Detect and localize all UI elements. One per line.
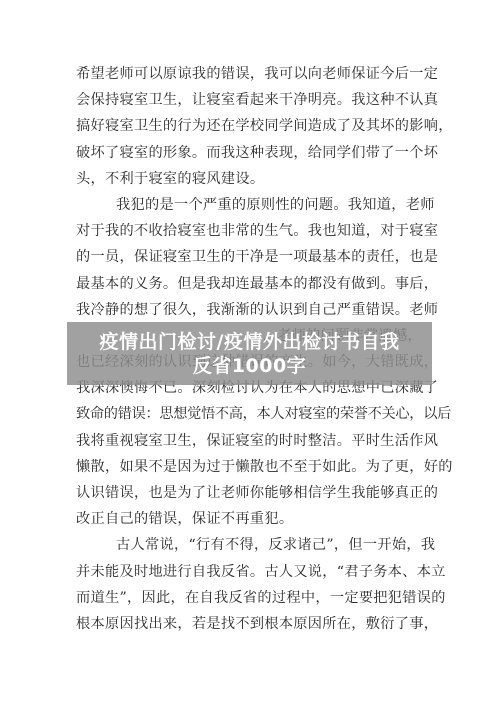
text-line: 我冷静的想了很久，我渐渐的认识到自己严重错误。老师	[76, 297, 422, 323]
title-overlay-banner: 疫情出门检讨/疫情外出检讨书自我 反省1000字	[67, 322, 432, 385]
text-line: 我将重视寝室卫生，保证寝室的时时整洁。平时生活作风	[76, 428, 422, 454]
text-line: 最基本的义务。但是我却连最基本的都没有做到。事后，	[76, 271, 422, 297]
text-line: 根本原因找出来，若是找不到根本原因所在，敷衍了事，	[76, 611, 422, 637]
overlay-title-line-1: 疫情出门检讨/疫情外出检讨书自我	[100, 330, 400, 354]
document-page: 希望老师可以原谅我的错误，我可以向老师保证今后一定 会保持寝室卫生，让寝室看起来…	[0, 0, 500, 707]
overlay-title-line-2: 反省1000字	[193, 354, 306, 378]
text-line: 搞好寝室卫生的行为还在学校同学间造成了及其坏的影响，	[76, 113, 422, 139]
text-line: 懒散，如果不是因为过于懒散也不至于如此。为了更，好的	[76, 454, 422, 480]
text-line: 而道生”，因此，在自我反省的过程中，一定要把犯错误的	[76, 585, 422, 611]
text-line: 头，不利于寝室的寝风建设。	[76, 166, 422, 192]
text-line: 认识错误，也是为了让老师你能够相信学生我能够真正的	[76, 480, 422, 506]
text-line: 会保持寝室卫生，让寝室看起来干净明亮。我这种不认真	[76, 87, 422, 113]
text-line: 并未能及时地进行自我反省。古人又说，“君子务本、本立	[76, 559, 422, 585]
text-line: 致命的错误：思想觉悟不高，本人对寝室的荣誉不关心，以后	[76, 401, 422, 427]
text-line: 破坏了寝室的形象。而我这种表现，给同学们带了一个坏	[76, 140, 422, 166]
text-line: 改正自己的错误，保证不再重犯。	[76, 506, 422, 532]
text-line: 对于我的不收拾寝室也非常的生气。我也知道，对于寝室	[76, 218, 422, 244]
paragraph-start-line: 我犯的是一个严重的原则性的问题。我知道，老师	[76, 192, 422, 218]
text-line: 希望老师可以原谅我的错误，我可以向老师保证今后一定	[76, 61, 422, 87]
paragraph-start-line: 古人常说，“行有不得，反求诸己”，但一开始，我	[76, 532, 422, 558]
text-line: 的一员，保证寝室卫生的干净是一项最基本的责任，也是	[76, 244, 422, 270]
